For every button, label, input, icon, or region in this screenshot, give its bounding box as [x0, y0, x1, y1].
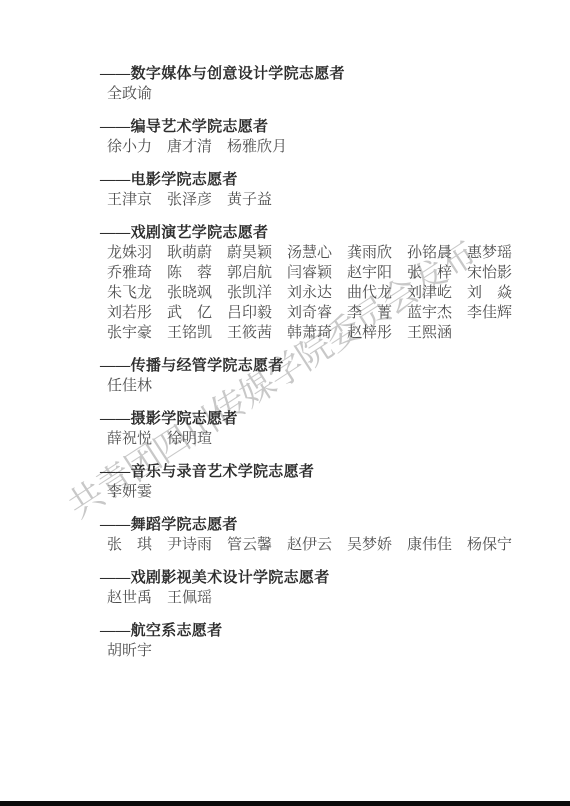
name-block: 徐小力 唐才清 杨雅欣月: [100, 137, 540, 157]
section-drama-performance: ——戏剧演艺学院志愿者 龙姝羽 耿萌蔚 蔚昊颖 汤慧心 龚雨欣 孙铭晨 惠梦瑶 …: [100, 223, 540, 343]
section-photography: ——摄影学院志愿者 薛祝悦 徐明瑄: [100, 409, 540, 449]
name-line: 龙姝羽 耿萌蔚 蔚昊颖 汤慧心 龚雨欣 孙铭晨 惠梦瑶: [107, 243, 540, 263]
name-line: 徐小力 唐才清 杨雅欣月: [107, 137, 540, 157]
name-line: 任佳林: [107, 376, 540, 396]
volunteer-list: ——数字媒体与创意设计学院志愿者 全政谕 ——编导艺术学院志愿者 徐小力 唐才清…: [100, 64, 540, 674]
section-music-recording: ——音乐与录音艺术学院志愿者 李妍霎: [100, 462, 540, 502]
section-heading: ——音乐与录音艺术学院志愿者: [100, 462, 540, 482]
name-block: 胡昕宇: [100, 641, 540, 661]
section-digital-media: ——数字媒体与创意设计学院志愿者 全政谕: [100, 64, 540, 104]
name-line: 全政谕: [107, 84, 540, 104]
section-heading: ——戏剧影视美术设计学院志愿者: [100, 568, 540, 588]
section-aviation: ——航空系志愿者 胡昕宇: [100, 621, 540, 661]
name-line: 赵世禹 王佩瑶: [107, 588, 540, 608]
name-line: 张 琪 尹诗雨 管云馨 赵伊云 吴梦娇 康伟佳 杨保宁: [107, 535, 540, 555]
name-line: 薛祝悦 徐明瑄: [107, 429, 540, 449]
name-line: 张宇豪 王铭凯 王筱茜 韩萧琦 赵梓彤 王熙涵: [107, 323, 540, 343]
name-block: 张 琪 尹诗雨 管云馨 赵伊云 吴梦娇 康伟佳 杨保宁: [100, 535, 540, 555]
section-heading: ——电影学院志愿者: [100, 170, 540, 190]
name-block: 薛祝悦 徐明瑄: [100, 429, 540, 449]
name-block: 李妍霎: [100, 482, 540, 502]
section-heading: ——舞蹈学院志愿者: [100, 515, 540, 535]
name-block: 全政谕: [100, 84, 540, 104]
section-heading: ——摄影学院志愿者: [100, 409, 540, 429]
section-heading: ——航空系志愿者: [100, 621, 540, 641]
name-line: 刘若彤 武 亿 吕印毅 刘奇睿 李 菁 蓝宇杰 李佳辉: [107, 303, 540, 323]
section-heading: ——传播与经管学院志愿者: [100, 356, 540, 376]
document-page: 共青团四川传媒学院委员会发布 ——数字媒体与创意设计学院志愿者 全政谕 ——编导…: [0, 0, 570, 806]
section-dance: ——舞蹈学院志愿者 张 琪 尹诗雨 管云馨 赵伊云 吴梦娇 康伟佳 杨保宁: [100, 515, 540, 555]
section-film: ——电影学院志愿者 王津京 张泽彦 黄子益: [100, 170, 540, 210]
name-block: 任佳林: [100, 376, 540, 396]
name-block: 龙姝羽 耿萌蔚 蔚昊颖 汤慧心 龚雨欣 孙铭晨 惠梦瑶 乔雅琦 陈 蓉 郭启航 …: [100, 243, 540, 343]
bottom-edge-bar: [0, 801, 570, 806]
section-heading: ——戏剧演艺学院志愿者: [100, 223, 540, 243]
section-communication-management: ——传播与经管学院志愿者 任佳林: [100, 356, 540, 396]
name-line: 朱飞龙 张晓飒 张凯洋 刘永达 曲代龙 刘津屹 刘 焱: [107, 283, 540, 303]
section-drama-art-design: ——戏剧影视美术设计学院志愿者 赵世禹 王佩瑶: [100, 568, 540, 608]
name-line: 乔雅琦 陈 蓉 郭启航 闫睿颖 赵宇阳 张 梓 宋怡影: [107, 263, 540, 283]
name-line: 王津京 张泽彦 黄子益: [107, 190, 540, 210]
section-heading: ——编导艺术学院志愿者: [100, 117, 540, 137]
section-heading: ——数字媒体与创意设计学院志愿者: [100, 64, 540, 84]
name-line: 李妍霎: [107, 482, 540, 502]
name-block: 王津京 张泽彦 黄子益: [100, 190, 540, 210]
section-directing-arts: ——编导艺术学院志愿者 徐小力 唐才清 杨雅欣月: [100, 117, 540, 157]
name-block: 赵世禹 王佩瑶: [100, 588, 540, 608]
name-line: 胡昕宇: [107, 641, 540, 661]
